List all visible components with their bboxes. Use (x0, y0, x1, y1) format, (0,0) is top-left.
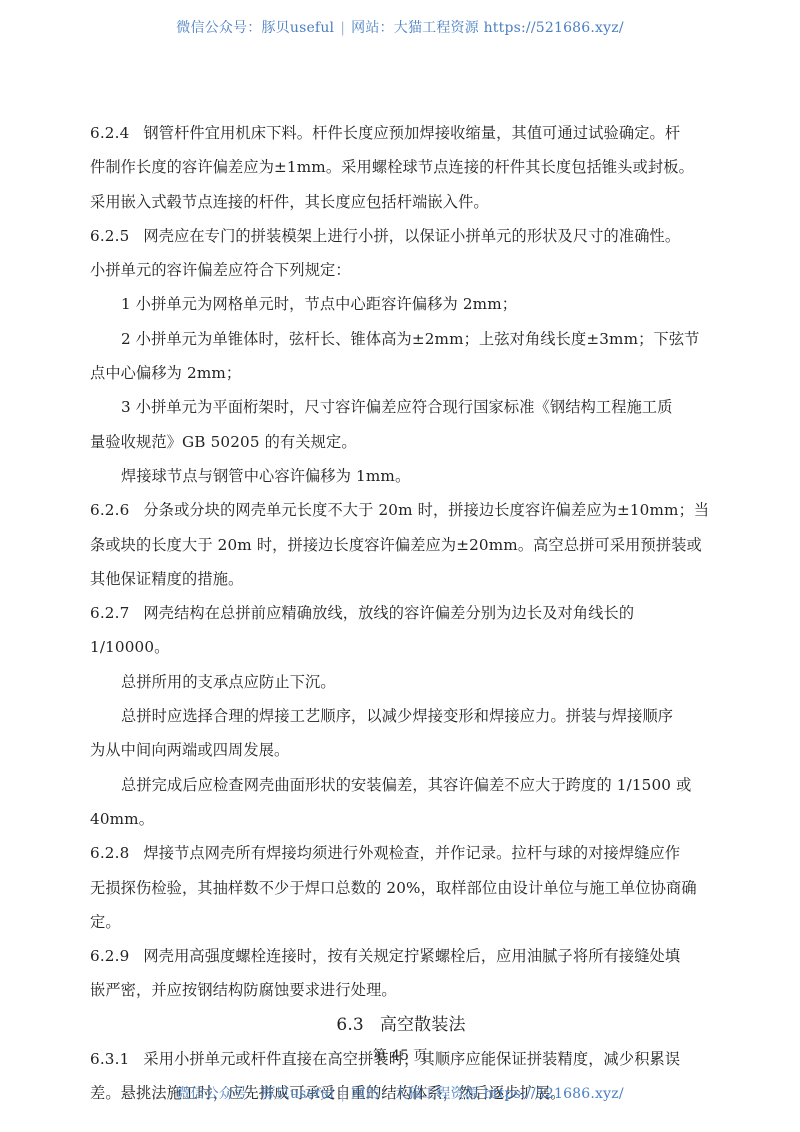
line-text: 1 小拼单元为网格单元时，节点中心距容许偏移为 2mm； (121, 295, 517, 313)
watermark-separator: | (340, 1086, 345, 1102)
text-line: 无损探伤检验，其抽样数不少于焊口总数的 20%，取样部位由设计单位与施工单位协商… (90, 871, 712, 905)
line-text: 40mm。 (90, 810, 154, 828)
clause-line: 6.2.9网壳用高强度螺栓连接时，按有关规定拧紧螺栓后，应用油腻子将所有接缝处填 (90, 939, 712, 973)
text-line: 1/10000。 (90, 630, 712, 664)
line-text: 钢管杆件宜用机床下料。杆件长度应预加焊接收缩量，其值可通过试验确定。杆 (143, 124, 680, 142)
clause-line: 6.2.5网壳应在专门的拼装模架上进行小拼，以保证小拼单元的形状及尺寸的准确性。 (90, 219, 712, 253)
line-text: 网壳结构在总拼前应精确放线，放线的容许偏差分别为边长及对角线长的 (143, 604, 634, 622)
text-line: 小拼单元的容许偏差应符合下列规定： (90, 253, 712, 287)
line-text: 量验收规范》GB 50205 的有关规定。 (90, 433, 357, 451)
line-text: 定。 (90, 913, 121, 931)
text-line: 量验收规范》GB 50205 的有关规定。 (90, 425, 712, 459)
line-text: 小拼单元的容许偏差应符合下列规定： (90, 261, 351, 279)
text-line: 总拼时应选择合理的焊接工艺顺序，以减少焊接变形和焊接应力。拼装与焊接顺序 (90, 699, 712, 733)
line-text: 点中心偏移为 2mm； (90, 364, 241, 382)
watermark-website: 网站：大猫工程资源 https://521686.xyz/ (351, 20, 624, 36)
line-text: 件制作长度的容许偏差应为±1mm。采用螺栓球节点连接的杆件其长度包括锥头或封板。 (90, 158, 694, 176)
line-text: 1/10000。 (90, 638, 169, 656)
text-line: 其他保证精度的措施。 (90, 562, 712, 596)
text-line: 采用嵌入式毂节点连接的杆件，其长度应包括杆端嵌入件。 (90, 185, 712, 219)
clause-line: 6.2.6分条或分块的网壳单元长度不大于 20m 时，拼接边长度容许偏差应为±1… (90, 493, 712, 527)
text-line: 焊接球节点与钢管中心容许偏移为 1mm。 (90, 459, 712, 493)
clause-number: 6.2.7 (90, 604, 129, 622)
text-line: 40mm。 (90, 802, 712, 836)
section-number: 6.3 (336, 1015, 364, 1035)
line-text: 总拼时应选择合理的焊接工艺顺序，以减少焊接变形和焊接应力。拼装与焊接顺序 (121, 707, 673, 725)
clause-line: 6.2.4钢管杆件宜用机床下料。杆件长度应预加焊接收缩量，其值可通过试验确定。杆 (90, 116, 712, 150)
text-line: 嵌严密，并应按钢结构防腐蚀要求进行处理。 (90, 973, 712, 1007)
line-text: 2 小拼单元为单锥体时，弦杆长、锥体高为±2mm；上弦对角线长度±3mm；下弦节 (121, 330, 700, 348)
line-text: 网壳用高强度螺栓连接时，按有关规定拧紧螺栓后，应用油腻子将所有接缝处填 (143, 947, 680, 965)
clause-number: 6.2.4 (90, 124, 129, 142)
text-line: 件制作长度的容许偏差应为±1mm。采用螺栓球节点连接的杆件其长度包括锥头或封板。 (90, 150, 712, 184)
line-text: 焊接球节点与钢管中心容许偏移为 1mm。 (121, 467, 410, 485)
line-text: 无损探伤检验，其抽样数不少于焊口总数的 20%，取样部位由设计单位与施工单位协商… (90, 879, 697, 897)
watermark-website: 网站：大猫工程资源 https://521686.xyz/ (351, 1086, 624, 1102)
text-line: 定。 (90, 905, 712, 939)
line-text: 其他保证精度的措施。 (90, 570, 243, 588)
text-line: 1 小拼单元为网格单元时，节点中心距容许偏移为 2mm； (90, 287, 712, 321)
line-text: 焊接节点网壳所有焊接均须进行外观检查，并作记录。拉杆与球的对接焊缝应作 (143, 844, 680, 862)
page-number: 第 45 页 (0, 1045, 800, 1065)
watermark-footer: 微信公众号：豚贝useful|网站：大猫工程资源 https://521686.… (0, 1083, 800, 1103)
line-text: 条或块的长度大于 20m 时，拼接边长度容许偏差应为±20mm。高空总拼可采用预… (90, 536, 702, 554)
watermark-separator: | (340, 20, 345, 36)
clause-line: 6.2.8焊接节点网壳所有焊接均须进行外观检查，并作记录。拉杆与球的对接焊缝应作 (90, 836, 712, 870)
document-body: 6.2.4钢管杆件宜用机床下料。杆件长度应预加焊接收缩量，其值可通过试验确定。杆… (90, 116, 712, 1111)
line-text: 网壳应在专门的拼装模架上进行小拼，以保证小拼单元的形状及尺寸的准确性。 (143, 227, 680, 245)
line-text: 采用嵌入式毂节点连接的杆件，其长度应包括杆端嵌入件。 (90, 193, 489, 211)
line-text: 总拼完成后应检查网壳曲面形状的安装偏差，其容许偏差不应大于跨度的 1/1500 … (121, 776, 691, 794)
text-line: 3 小拼单元为平面桁架时，尺寸容许偏差应符合现行国家标准《钢结构工程施工质 (90, 390, 712, 424)
clause-number: 6.2.5 (90, 227, 129, 245)
line-text: 总拼所用的支承点应防止下沉。 (121, 673, 336, 691)
text-line: 条或块的长度大于 20m 时，拼接边长度容许偏差应为±20mm。高空总拼可采用预… (90, 528, 712, 562)
text-line: 为从中间向两端或四周发展。 (90, 733, 712, 767)
text-line: 总拼所用的支承点应防止下沉。 (90, 665, 712, 699)
section-title: 高空散装法 (380, 1015, 466, 1035)
watermark-wechat: 微信公众号：豚贝useful (176, 20, 334, 36)
watermark-header: 微信公众号：豚贝useful|网站：大猫工程资源 https://521686.… (0, 17, 800, 37)
clauses-6-2: 6.2.4钢管杆件宜用机床下料。杆件长度应预加焊接收缩量，其值可通过试验确定。杆… (90, 116, 712, 1008)
clause-number: 6.2.8 (90, 844, 129, 862)
text-line: 总拼完成后应检查网壳曲面形状的安装偏差，其容许偏差不应大于跨度的 1/1500 … (90, 768, 712, 802)
clause-line: 6.2.7网壳结构在总拼前应精确放线，放线的容许偏差分别为边长及对角线长的 (90, 596, 712, 630)
text-line: 2 小拼单元为单锥体时，弦杆长、锥体高为±2mm；上弦对角线长度±3mm；下弦节 (90, 322, 712, 356)
watermark-wechat: 微信公众号：豚贝useful (176, 1086, 334, 1102)
line-text: 嵌严密，并应按钢结构防腐蚀要求进行处理。 (90, 981, 397, 999)
line-text: 3 小拼单元为平面桁架时，尺寸容许偏差应符合现行国家标准《钢结构工程施工质 (121, 398, 673, 416)
text-line: 点中心偏移为 2mm； (90, 356, 712, 390)
line-text: 为从中间向两端或四周发展。 (90, 741, 289, 759)
section-heading: 6.3高空散装法 (90, 1008, 712, 1042)
clause-number: 6.2.9 (90, 947, 129, 965)
line-text: 分条或分块的网壳单元长度不大于 20m 时，拼接边长度容许偏差应为±10mm；当 (143, 501, 709, 519)
clause-number: 6.2.6 (90, 501, 129, 519)
